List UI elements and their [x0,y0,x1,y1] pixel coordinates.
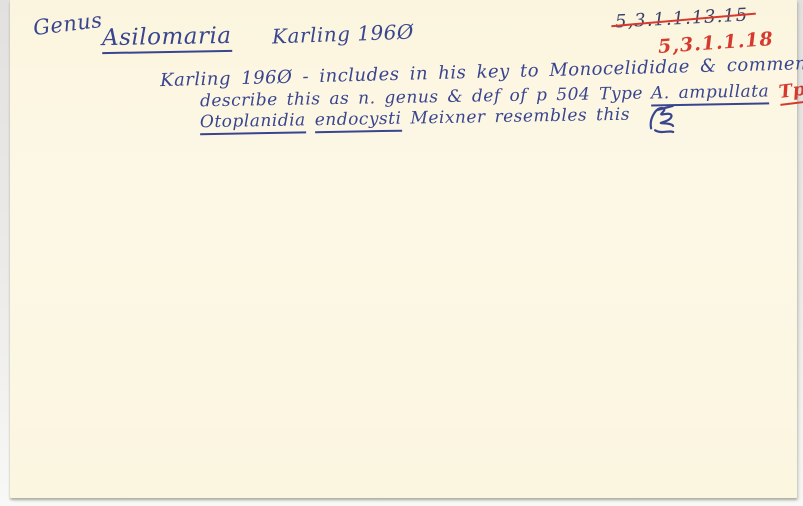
genus-authority: Karling 196Ø [272,20,415,49]
type-red-mark: Tp. [778,78,803,106]
catalog-number-crossed-out: 5,3.1.1.13.15 [615,5,749,33]
taxon-word-2: endocysti [315,109,402,134]
note-line-3-rest: Meixner resembles this [410,105,630,129]
index-card: Genus Asilomaria Karling 196Ø 5,3.1.1.13… [10,0,797,498]
taxon-word-1: Otoplanidia [200,110,306,135]
genus-name: Asilomaria [102,23,232,54]
scribble-mark [643,100,684,137]
genus-label: Genus [32,8,104,40]
